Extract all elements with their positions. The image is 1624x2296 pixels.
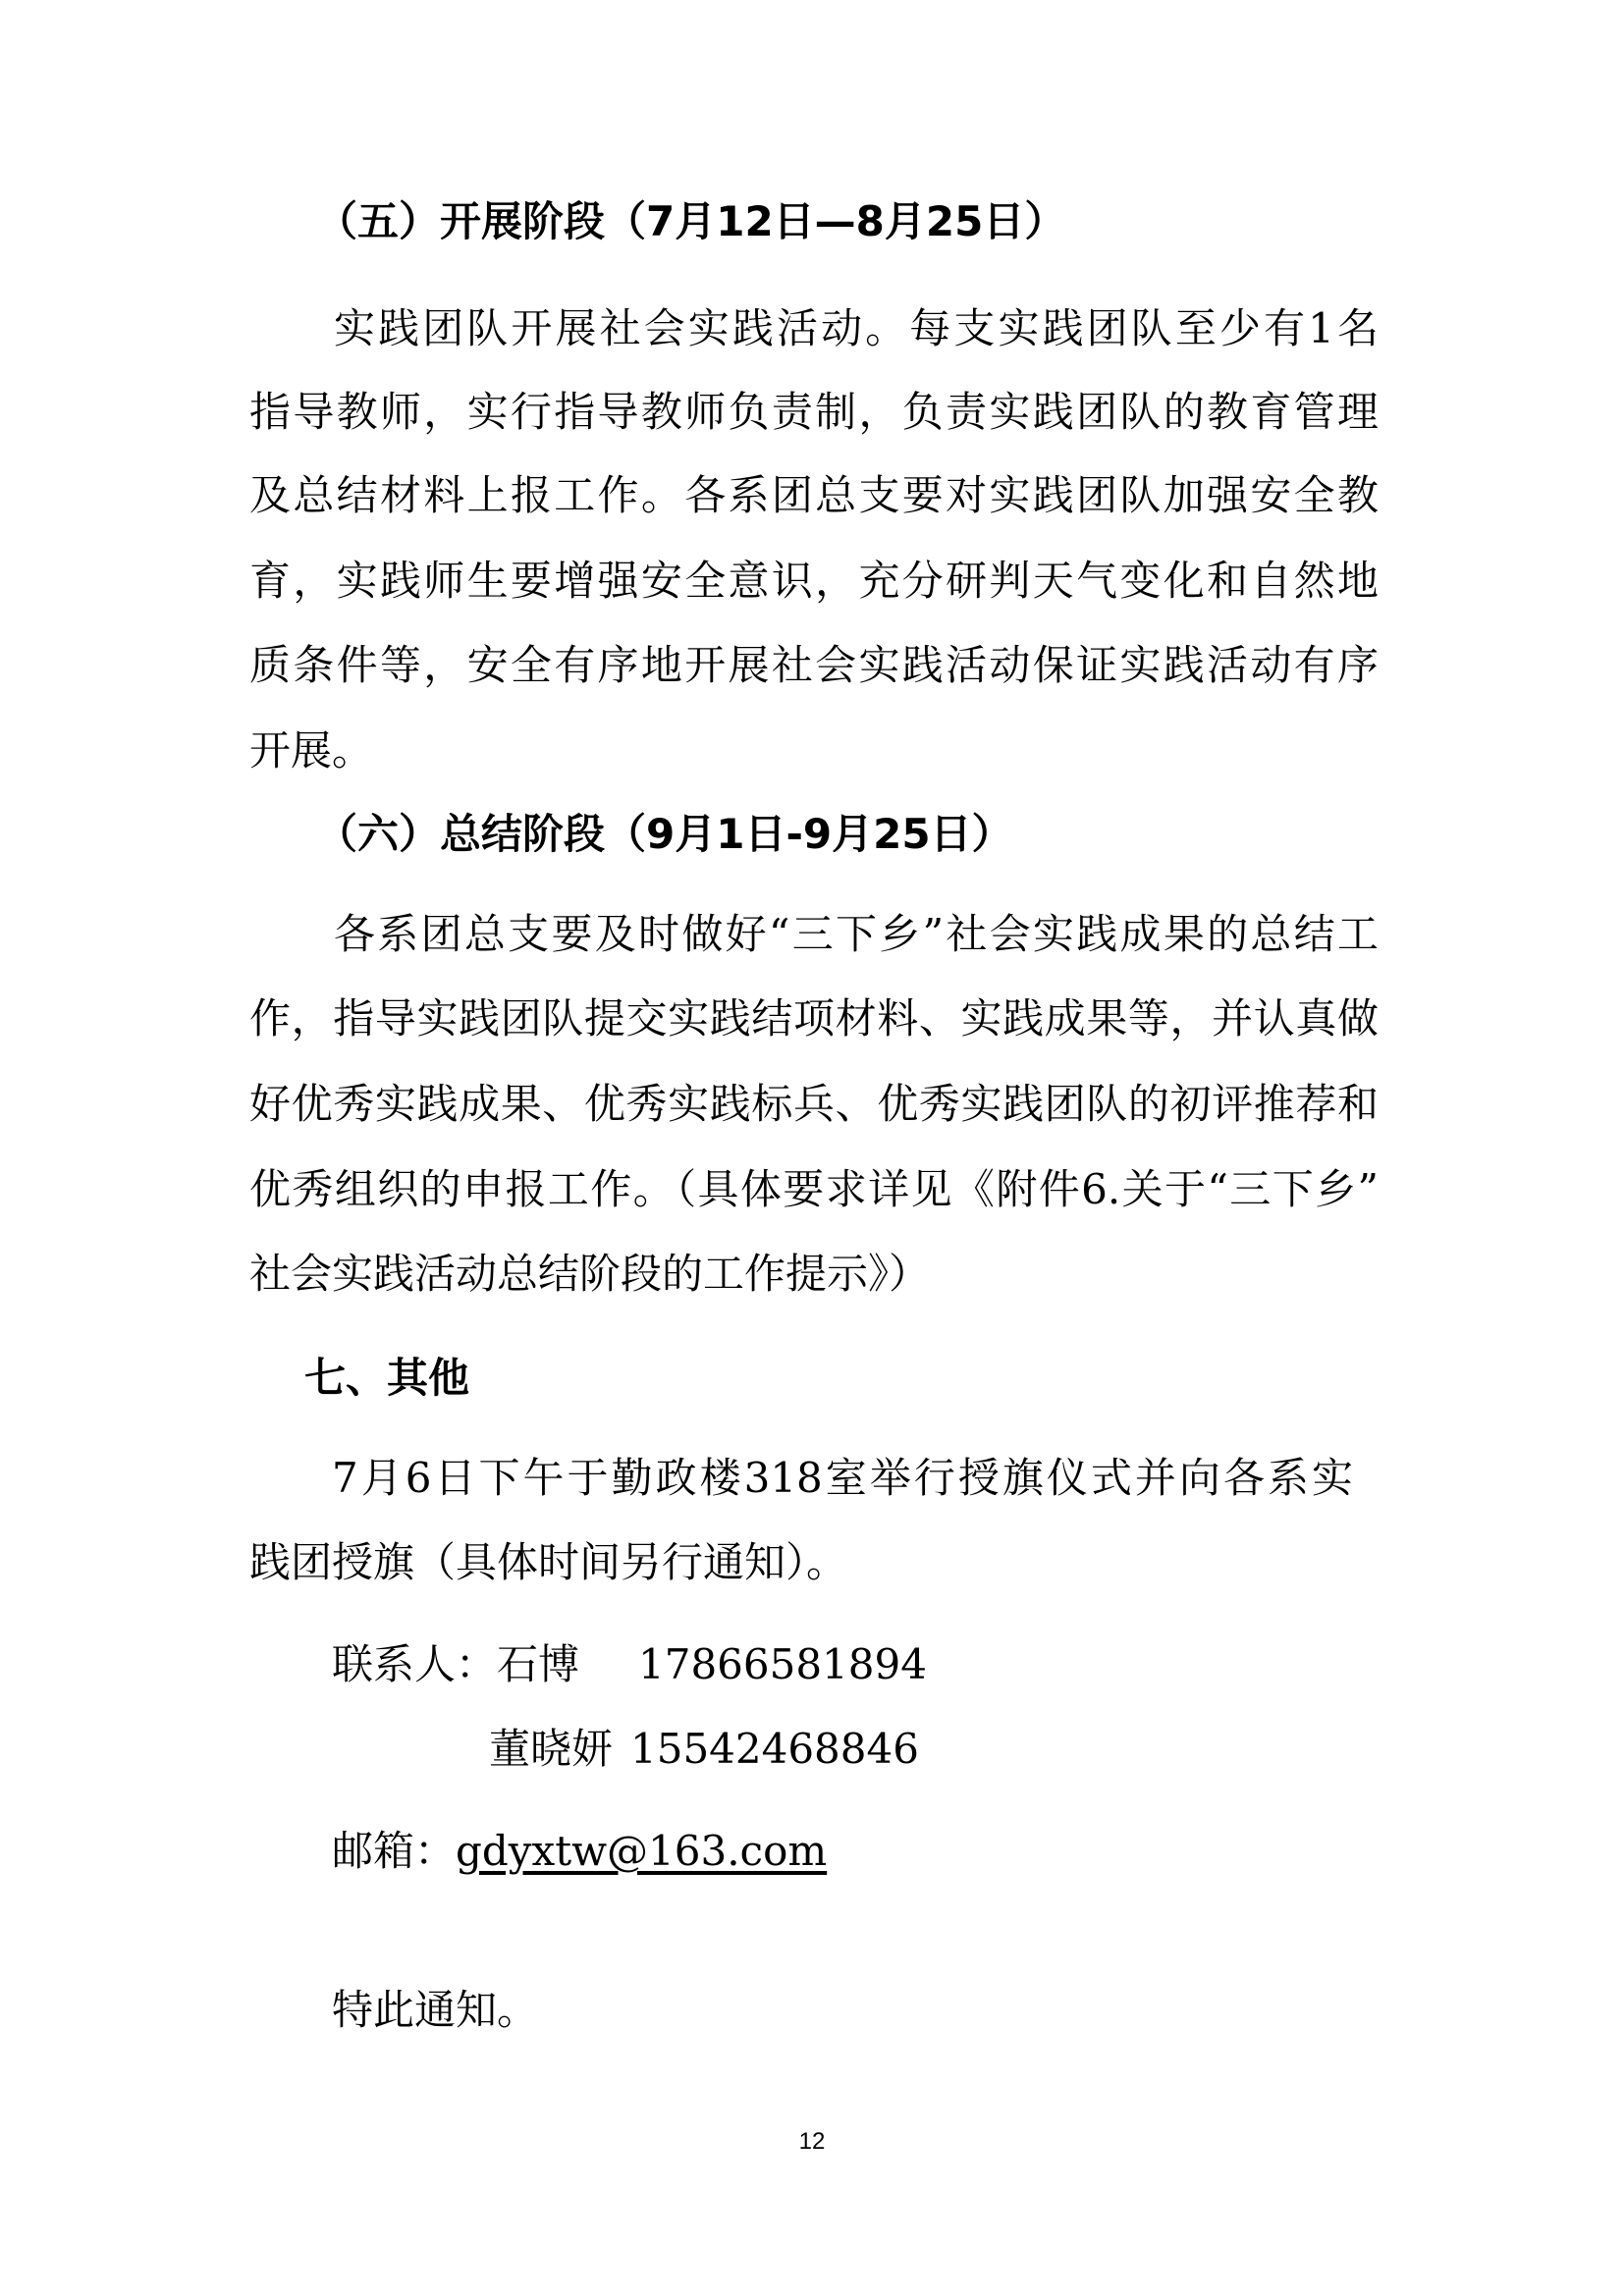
paragraph-line: 实践团队开展社会实践活动。每支实践团队至少有1名 — [334, 299, 1379, 358]
contact-label: 联系人： — [332, 1640, 497, 1688]
paragraph-line: 7月6日下午于勤政楼318室举行授旗仪式并向各系实 — [332, 1449, 1353, 1508]
paragraph-line: 好优秀实践成果、优秀实践标兵、优秀实践团队的初评推荐和 — [249, 1075, 1379, 1134]
contact-phone: 17866581894 — [638, 1635, 927, 1694]
contact-name: 董晓妍 — [489, 1720, 613, 1779]
paragraph-line: 优秀组织的申报工作。（具体要求详见《附件6.关于“三下乡” — [249, 1160, 1379, 1219]
document-page: （五）开展阶段（7月12日—8月25日） 实践团队开展社会实践活动。每支实践团队… — [0, 0, 1624, 2296]
paragraph-line: 指导教师，实行指导教师负责制，负责实践团队的教育管理 — [249, 383, 1379, 442]
contact-phone: 15542468846 — [630, 1720, 919, 1779]
paragraph-line: 质条件等，安全有序地开展社会实践活动保证实践活动有序 — [249, 636, 1379, 695]
email-label: 邮箱： — [332, 1827, 456, 1875]
contact-line-1: 联系人：石博 — [332, 1635, 579, 1694]
contact-name: 石博 — [497, 1640, 579, 1688]
closing-text: 特此通知。 — [332, 1981, 538, 2040]
email-line: 邮箱：gdyxtw@163.com — [332, 1822, 827, 1881]
paragraph-line: 践团授旗（具体时间另行通知）。 — [249, 1533, 1379, 1592]
paragraph-line: 各系团总支要及时做好“三下乡”社会实践成果的总结工 — [334, 905, 1379, 964]
paragraph-line: 社会实践活动总结阶段的工作提示》） — [249, 1245, 1379, 1304]
paragraph-line: 作，指导实践团队提交实践结项材料、实践成果等，并认真做 — [249, 989, 1379, 1048]
section-7-heading: 七、其他 — [304, 1349, 469, 1408]
email-link[interactable]: gdyxtw@163.com — [456, 1827, 827, 1875]
paragraph-line: 育，实践师生要增强安全意识，充分研判天气变化和自然地 — [249, 552, 1379, 611]
paragraph-line: 开展。 — [249, 721, 1379, 780]
section-6-heading: （六）总结阶段（9月1日-9月25日） — [316, 805, 1013, 864]
section-5-heading: （五）开展阶段（7月12日—8月25日） — [316, 192, 1065, 251]
paragraph-line: 及总结材料上报工作。各系团总支要对实践团队加强安全教 — [249, 466, 1379, 525]
page-number: 12 — [0, 2128, 1624, 2156]
